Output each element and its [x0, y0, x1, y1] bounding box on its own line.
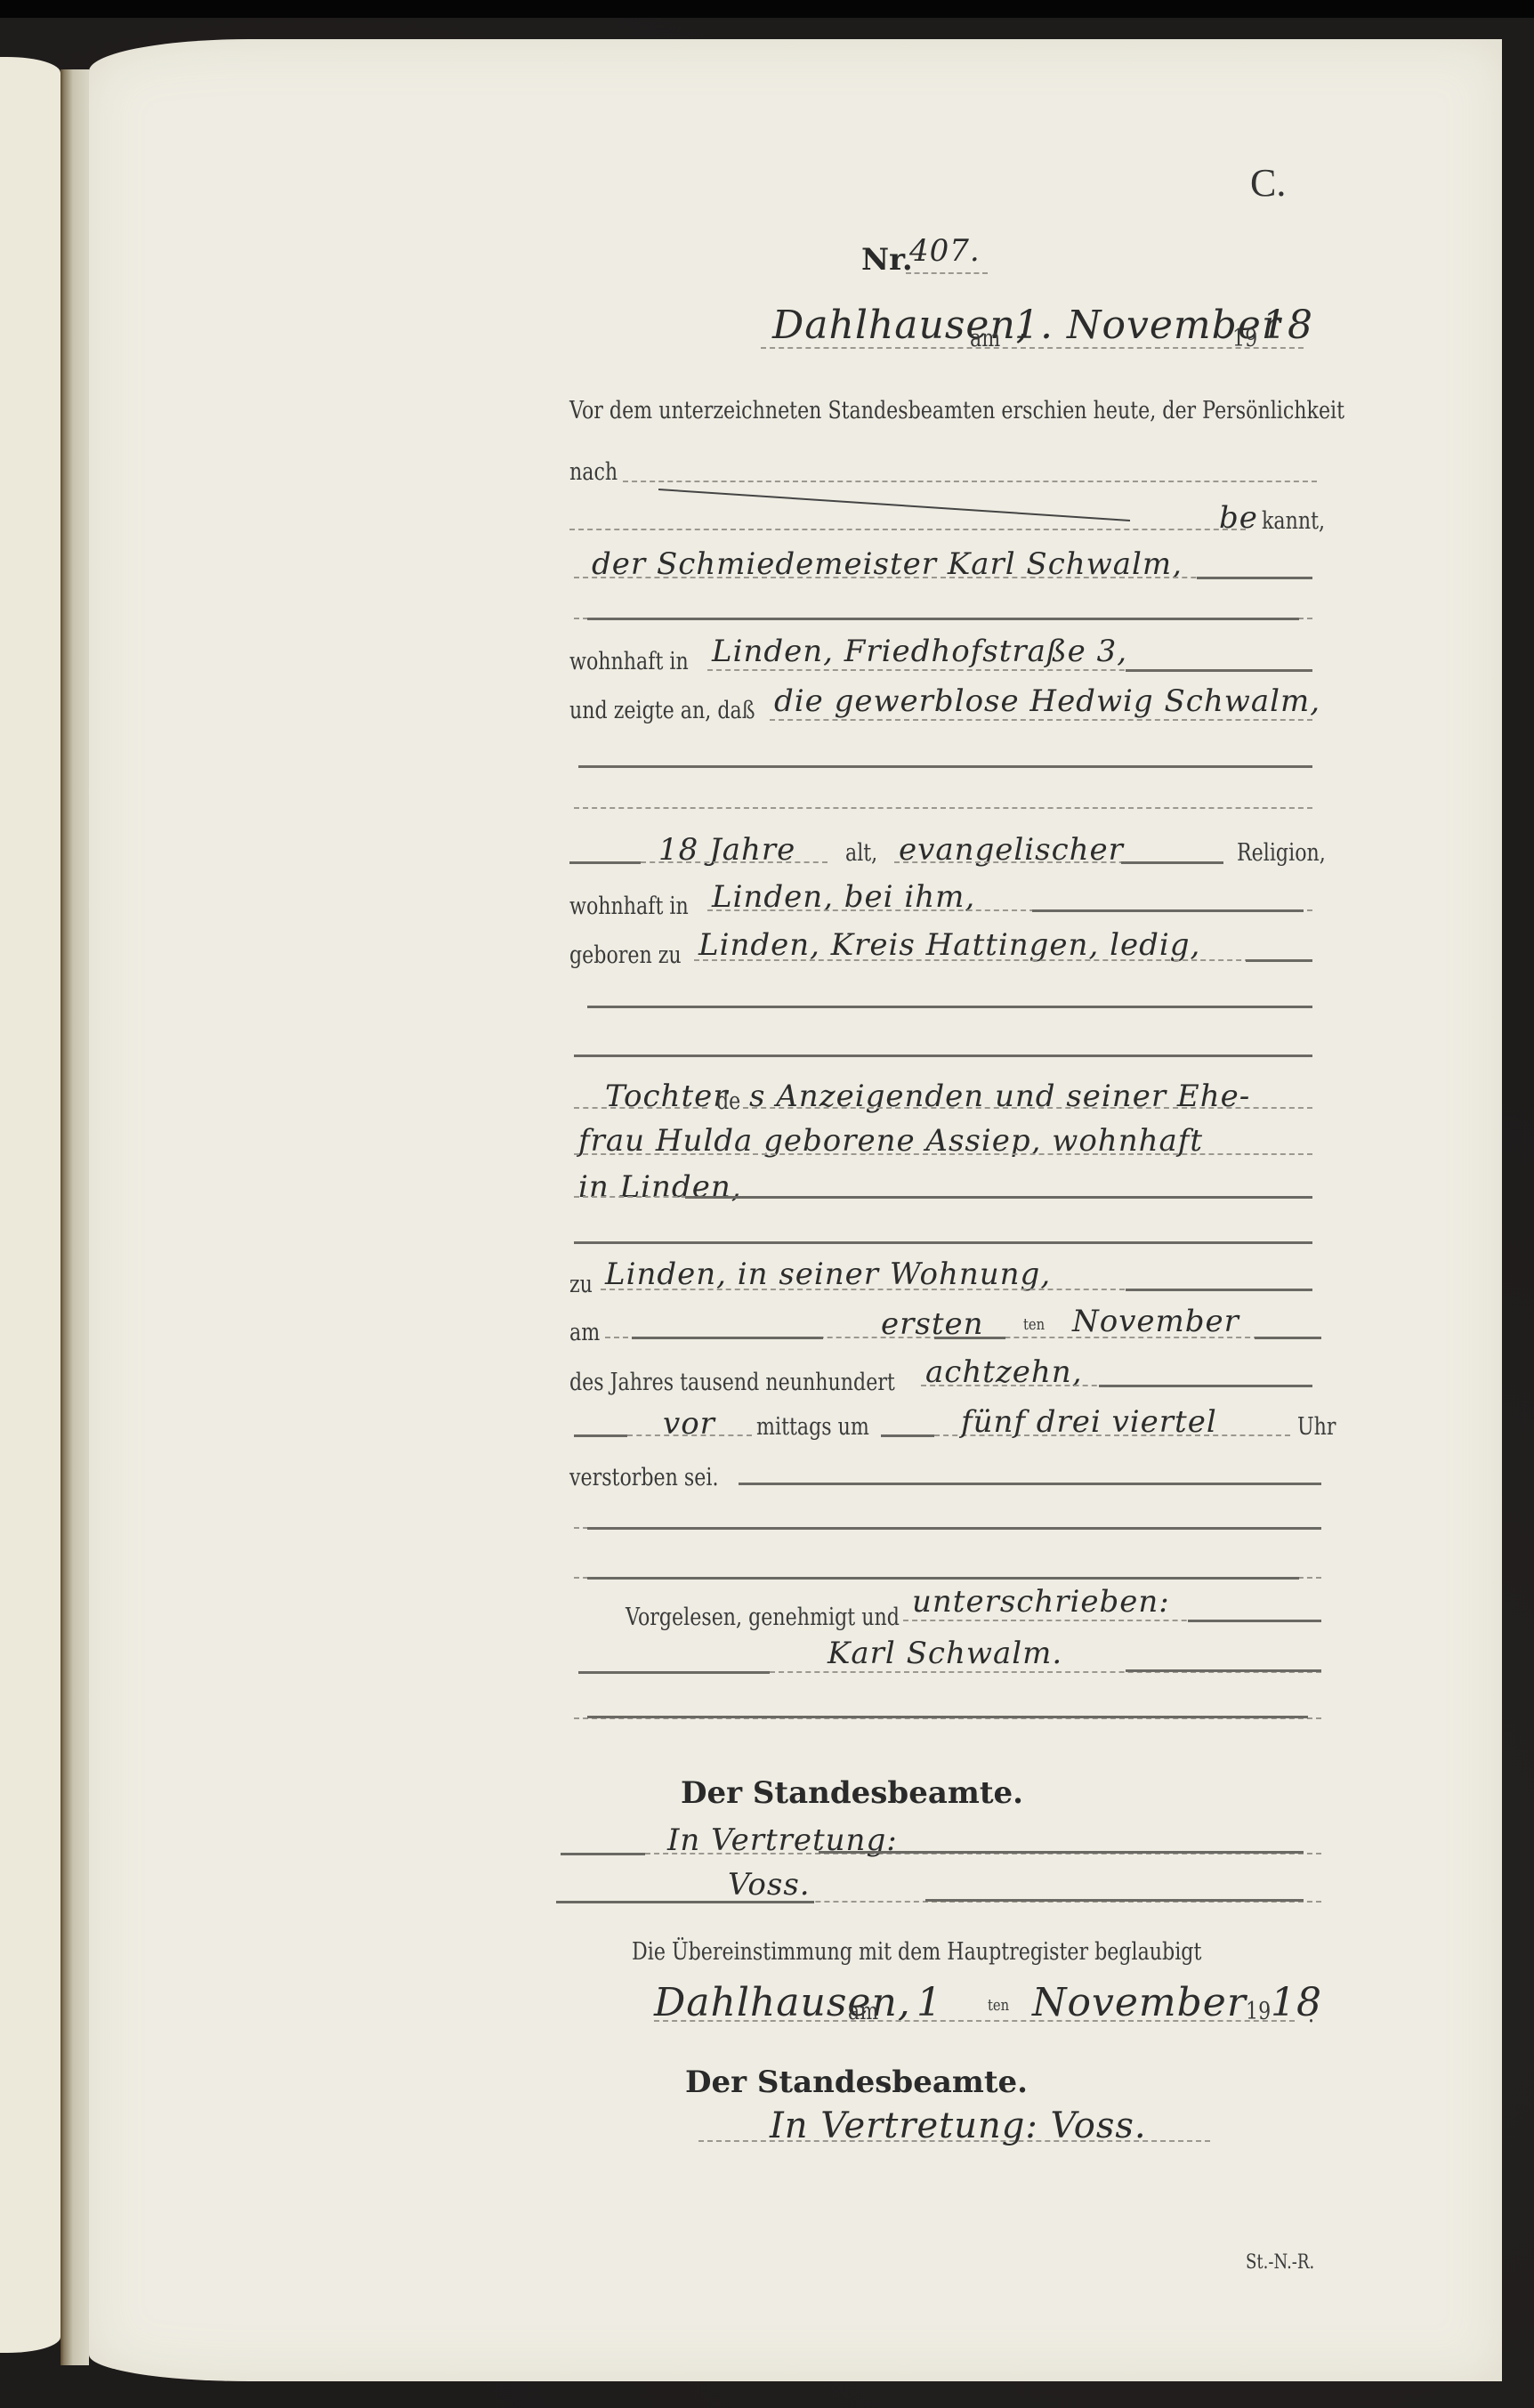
strike-through-line	[658, 485, 1139, 525]
zu-label: zu	[569, 1271, 593, 1298]
death-date-fill-1	[632, 1337, 823, 1339]
deceased-wohnhaft-label: wohnhaft in	[569, 893, 689, 920]
cert-period: .	[1308, 2000, 1314, 2028]
registrar-line-2-fill-a	[556, 1901, 814, 1903]
register-page	[89, 39, 1502, 2381]
informant-signature: Karl Schwalm.	[828, 1636, 1062, 1671]
vorgelesen-fill	[1188, 1620, 1321, 1622]
cert-year-suffix: 18	[1271, 1980, 1322, 2025]
header-day: 1.	[1014, 303, 1054, 348]
deceased-residence-fill	[1032, 909, 1304, 912]
parents-line3-fill	[685, 1196, 1312, 1199]
entry-number: 407.	[909, 233, 981, 269]
death-place-fill	[1126, 1289, 1312, 1291]
bekannt-line	[569, 529, 1246, 530]
parents-line1: s Anzeigenden und seiner Ehe-	[749, 1079, 1250, 1114]
parents-line1-b	[743, 1107, 1312, 1109]
cert-ten: ten	[988, 1996, 1009, 2015]
geboren-label: geboren zu	[569, 941, 682, 969]
form-letter: C.	[1250, 160, 1286, 206]
signature-line-fill-2	[1126, 1669, 1321, 1672]
verstorben-line	[739, 1483, 1321, 1485]
entry-number-line	[906, 272, 988, 274]
informant-line-fill	[1197, 577, 1312, 579]
blank-line-2	[578, 765, 1312, 768]
cert-day: 1	[916, 1980, 942, 2025]
jahres-label: des Jahres tausend neunhundert	[569, 1369, 895, 1396]
registrar-line-fill-2	[819, 1851, 1304, 1854]
vorgelesen-hand: unterschrieben:	[912, 1584, 1170, 1620]
nach-line	[623, 481, 1317, 482]
blank-line-5	[574, 1055, 1312, 1057]
vor-value: vor	[663, 1406, 715, 1442]
wohnhaft-label: wohnhaft in	[569, 648, 689, 675]
registrar-signature-line-2	[698, 2140, 1210, 2142]
deceased-line	[770, 719, 1312, 721]
death-date-fill-2	[934, 1337, 1005, 1339]
zeigte-label: und zeigte an, daß	[569, 697, 755, 724]
vor-line-fill	[574, 1434, 627, 1437]
parents-de: de	[716, 1087, 740, 1115]
alt-label: alt,	[845, 839, 877, 867]
blank-line-1-fill	[587, 618, 1299, 620]
parents-tochter: Tochter	[605, 1079, 728, 1114]
registrar-line-fill-1	[561, 1853, 645, 1855]
left-page-edge	[0, 57, 61, 2353]
birthplace: Linden, Kreis Hattingen, ledig,	[698, 927, 1200, 963]
intro-text: Vor dem unterzeichneten Standesbeamten e…	[569, 397, 1344, 424]
cert-month: November	[1032, 1980, 1247, 2025]
signature-line-fill-1	[578, 1671, 770, 1674]
certification-text: Die Übereinstimmung mit dem Hauptregiste…	[632, 1938, 1201, 1966]
religion-line-fill	[1121, 861, 1223, 864]
parents-line2-rule	[574, 1153, 1312, 1155]
religion-label: Religion,	[1237, 839, 1326, 867]
bekannt-print: kannt,	[1262, 507, 1325, 535]
informant-residence: Linden, Friedhofstraße 3,	[712, 634, 1127, 669]
birthplace-line	[694, 959, 1312, 961]
deceased-field: die gewerblose Hedwig Schwalm,	[774, 683, 1320, 719]
blank-line-6	[574, 1241, 1312, 1244]
blank-line-7-fill	[587, 1527, 1321, 1530]
age-line	[641, 861, 828, 863]
window-title-bar: /Abt_Ostwestfalen-Lippe/P6/P6-03/~023/P6…	[0, 0, 1534, 18]
am-label: am	[569, 1319, 600, 1346]
nach-label: nach	[569, 458, 618, 486]
header-date-line	[761, 347, 1304, 349]
bekannt-hand: be	[1219, 500, 1258, 536]
death-time: fünf drei viertel	[961, 1404, 1217, 1440]
blank-line-3	[574, 807, 1312, 809]
vorgelesen-label: Vorgelesen, genehmigt und	[626, 1604, 900, 1631]
mittags-label: mittags um	[756, 1413, 869, 1441]
birthplace-line-fill	[1246, 959, 1312, 962]
cert-year-prefix: 19	[1246, 1998, 1271, 2025]
registrar-title-2: Der Standesbeamte.	[685, 2065, 1028, 2100]
book-gutter	[61, 69, 89, 2365]
death-date-fill-3	[1255, 1337, 1321, 1339]
verstorben-label: verstorben sei.	[569, 1464, 719, 1491]
blank-line-9-fill	[587, 1716, 1308, 1718]
death-month: November	[1072, 1304, 1239, 1339]
registrar-signature-1: Voss.	[728, 1867, 811, 1903]
blank-line-4	[587, 1006, 1312, 1008]
ten-label: ten	[1023, 1315, 1045, 1334]
death-place: Linden, in seiner Wohnung,	[605, 1257, 1051, 1292]
parents-line3: in Linden,	[578, 1169, 742, 1205]
death-year-fill	[1099, 1385, 1312, 1387]
registrar-line-2-fill-b	[925, 1899, 1304, 1902]
parents-line1-a	[574, 1107, 707, 1109]
age-line-fill	[569, 861, 641, 864]
footer-code: St.-N.-R.	[1246, 2251, 1314, 2274]
time-line-fill	[881, 1434, 934, 1437]
header-year-suffix: 18	[1262, 303, 1313, 348]
blank-line-8-fill	[587, 1577, 1299, 1580]
residence-line-fill	[1126, 669, 1312, 672]
uhr-label: Uhr	[1297, 1413, 1336, 1441]
registrar-title-1: Der Standesbeamte.	[681, 1775, 1023, 1811]
